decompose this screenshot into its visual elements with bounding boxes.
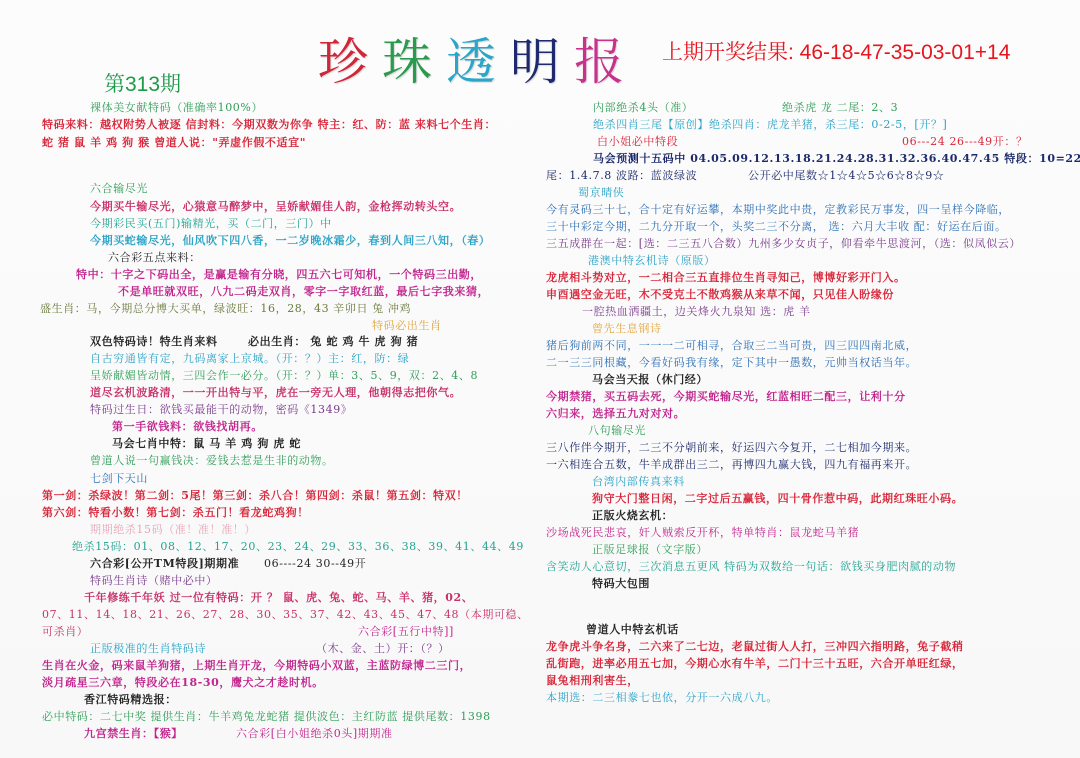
text-line: 沙场战死民悲哀，奸人贼索反开杯，特单特肖：鼠龙蛇马羊猪	[546, 526, 859, 540]
text-line: 六合彩[五行中特]]	[358, 625, 454, 639]
text-line: 淡月疏星三六章，特段必在18-30，鹰犬之才趁时机。	[42, 676, 324, 690]
masthead-char-1: 珍	[318, 34, 368, 90]
section-title: 特码生肖诗（赌中必中）	[90, 574, 218, 588]
masthead-title: 珍 珠 透 明 报	[318, 30, 638, 90]
text-line: 含笑动人心意切，三次消息五更风 特码为双数给一句话：欲钱买身肥肉腻的动物	[546, 560, 956, 574]
section-title: 正版火烧玄机：	[592, 509, 673, 523]
text-line: 第六剑：特看小数！第七剑：杀五门！看龙蛇鸡狗！	[42, 506, 309, 520]
text-line: 生肖在火金，码来鼠羊狗猪，上期生肖开龙，今期特码小双蓝，主蓝防绿博二三门，	[42, 659, 471, 673]
text-line: 特中：十字之下码出全，是赢是输有分晓，四五六七可知机，一个特码三出勤，	[76, 268, 482, 282]
text-line: 鼠兔相刑利害生，	[546, 674, 639, 688]
text-line: 06----24 30--49开	[264, 557, 366, 571]
section-title: 正版极准的生肖特码诗	[90, 642, 206, 656]
text-line: 第一手欲钱料：欲钱找胡再。	[112, 420, 263, 434]
section-title: 八句输尽光	[588, 424, 646, 438]
masthead-char-5: 报	[574, 34, 624, 90]
section-title: 曾道人中特玄机话	[586, 623, 679, 637]
text-line: 二一三三同根藏，今看好码我有缘，定下其中一愚数，元帅当权话当年。	[546, 356, 917, 370]
text-line: 绝杀15码：01、08、12、17、20、23、24、29、33、36、38、3…	[72, 540, 524, 554]
text-line: 特码过生日：欲钱买最能干的动物，密码《1349》	[90, 403, 352, 417]
section-title: 香江特码精选报：	[84, 693, 177, 707]
text-line: 三十中彩定今期，二九分开取一个，头奖二三不分离， 选：六月大丰收 配：好运在后面…	[546, 220, 1007, 234]
text-line: 马会预测十五码中 04.05.09.12.13.18.21.24.28.31.3…	[593, 152, 1080, 166]
text-line: 龙虎相斗势对立，一二相合三五直排位生肖寻知己，博博好彩开门入。	[546, 271, 906, 285]
text-line: 盛生肖：马，今期总分博大买单，绿波旺：16，28，43 辛卯日 兔 冲鸡	[40, 302, 411, 316]
last-draw-result: 上期开奖结果: 46-18-47-35-03-01+14	[662, 36, 1010, 66]
text-line: 道尽玄机波路清，一一开出特与平，虎在一旁无人理，他朝得志把你气。	[90, 386, 461, 400]
text-line: 绝杀虎 龙 二尾：2、3	[782, 101, 898, 115]
text-line: 狗守大门整日闲，二字过后五赢钱，四十骨作惹中码，此期红珠旺小码。	[592, 492, 963, 506]
text-line: 乱街跑，进率必用五七加，今期心水有牛羊，二门十三十五旺，六合开单旺红绿，	[546, 657, 964, 671]
text-line: 一六相连合五数，牛羊成群出三二，再博四九赢大钱，四九有福再来开。	[546, 458, 917, 472]
masthead-char-3: 透	[446, 34, 496, 90]
text-line: 06---24 26---49开：？	[902, 135, 1028, 149]
text-line: 特码来料：越权附势人被逐 信封料：今期双数为你争 特主：红、防：蓝 来料七个生肖…	[42, 118, 496, 132]
text-line: （木、金、土）开：（？）	[316, 642, 450, 656]
section-title: 六合输尽光	[90, 182, 148, 196]
section-title: 台湾内部传真来料	[592, 475, 685, 489]
text-line: 尾：1.4.7.8 波路：蓝波绿波	[546, 169, 697, 183]
text-line: 不是单旺就双旺，八九二码走双肖，零字一字取红蓝，最后七字我来猜，	[118, 285, 489, 299]
text-line: 三八作伴今期开，二三不分朝前来，好运四六今复开，二七相加今期来。	[546, 441, 917, 455]
text-line: 申酉遇空金无旺，木不受克土不散鸡猴从来草不闻，只见佳人盼缘份	[546, 288, 894, 302]
text-line: 今有灵码三十七，合十定有好运攀，本期中奖此中贵，定教彩民万事发，四一呈样今降临，	[546, 203, 1010, 217]
text-line: 龙争虎斗争名身，二六来了二七边，老鼠过街人人打，三冲四六指明路，兔子截稍	[546, 640, 964, 654]
text-line: 马会七肖中特：鼠 马 羊 鸡 狗 虎 蛇	[112, 437, 301, 451]
section-title: 曾先生息钢诗	[592, 322, 662, 336]
section-title: 六合彩五点来料：	[108, 251, 201, 265]
section-title: 马会当天报（休门经）	[592, 373, 708, 387]
text-line: 今期禁猪，买五码去死，今期买蛇输尽光，红蓝相旺二配三，让利十分	[546, 390, 906, 404]
text-line: 今期买牛输尽光，心猿意马醉梦中，呈娇献媚佳人韵，金枪挥动转头空。	[90, 200, 461, 214]
text-line: 九宫禁生肖：【猴】	[84, 727, 183, 741]
text-line: 六归来，选择五九对对对。	[546, 407, 685, 421]
text-line: 07、11、14、18、21、26、27、28、30、35、37、42、43、4…	[42, 608, 529, 622]
text-line: 曾道人说一句赢钱决：爱钱去惹是生非的动物。	[90, 454, 334, 468]
text-line: 自古穷通皆有定，九码离家上京城。（开：？）主：红，防：绿	[90, 352, 409, 366]
text-line: 三五成群在一起：[选：二三五八合数）九州多少女贞子，仰看牵牛思渡河，（选：似凤似…	[546, 237, 1021, 251]
section-title: 白小姐必中特段	[597, 135, 678, 149]
section-title: 港澳中特玄机诗（原版）	[588, 254, 716, 268]
text-line: 绝杀四肖三尾【原创】绝杀四肖：虎龙羊猪，杀三尾：0-2-5，[开？]	[593, 118, 947, 132]
text-line: 公开必中尾数☆1☆4☆5☆6☆8☆9☆	[748, 169, 944, 183]
section-title: 特码大包围	[592, 577, 650, 591]
masthead-char-2: 珠	[382, 34, 432, 90]
text-line: 今期彩民买(五门)输精光，买（二门，三门）中	[90, 217, 332, 231]
section-title: 裸体美女献特码（准确率100%）	[90, 101, 263, 115]
section-title: 正版足球报（文字版）	[592, 543, 708, 557]
text-line: 第一剑：杀绿波！第二剑：5尾！第三剑：杀八合！第四剑：杀鼠！第五剑：特双！	[42, 489, 468, 503]
section-title: 内部绝杀4头（准）	[593, 101, 693, 115]
masthead-char-4: 明	[510, 34, 560, 90]
section-title: 期期绝杀15码（准！准！准！）	[90, 523, 256, 537]
issue-number: 第313期	[104, 68, 181, 98]
text-line: 本期选：二三相豢七也依，分开一六成八九。	[546, 691, 778, 705]
text-line: 千年修练千年妖 过一位有特码：开 ？ 鼠、虎、兔、蛇、马、羊、猪，02、	[84, 591, 473, 605]
section-title: 必出生肖： 兔 蛇 鸡 牛 虎 狗 猪	[248, 335, 418, 349]
text-line: 必中特码：二七中奖 提供生肖：牛羊鸡兔龙蛇猪 提供波色：主红防蓝 提供尾数：13…	[42, 710, 491, 724]
text-line: 猪后狗前两不同，一一一二可相寻，合取三二当可贵，四三四四南北威，	[546, 339, 917, 353]
text-line: 可杀肖）	[42, 625, 88, 639]
text-line: 今期买蛇输尽光，仙风吹下四八香，一二岁晚冰霜少，春到人间三八知，（春）	[90, 234, 491, 248]
text-line: 蛇 猪 鼠 羊 鸡 狗 猴 曾道人说："弄虚作假不适宜"	[42, 136, 306, 150]
section-title: 蜀京晴侠	[578, 186, 624, 200]
text-line: 一腔热血洒疆土，边关烽火九泉知 选：虎 羊	[582, 305, 811, 319]
section-tag: 特码必出生肖	[372, 319, 442, 333]
text-line: 六合彩[白小姐绝杀0头]期期准	[236, 727, 393, 741]
section-title: 六合彩[公开TM特段]期期准	[90, 557, 239, 571]
section-title: 七剑下天山	[90, 472, 148, 486]
section-title: 双色特码诗！特生肖来料	[90, 335, 218, 349]
text-line: 呈娇献媚皆动情，三四会作一必分。（开：？）单：3、5、9，双：2、4、8	[90, 369, 478, 383]
